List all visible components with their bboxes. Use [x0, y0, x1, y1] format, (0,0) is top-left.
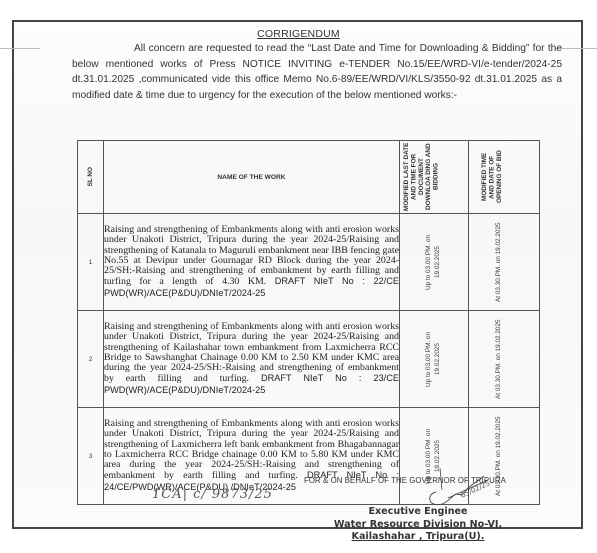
scan-artifact [0, 48, 40, 49]
row-work-name: Raising and strengthening of Embankments… [104, 214, 400, 311]
signature-icon: 05/02/25 [418, 468, 498, 510]
intro-text: All concern are requested to read the “L… [72, 43, 562, 101]
signatory-division: Water Resource Division No-VI, [318, 519, 518, 532]
row-opening-date: At 03.30.PM. on 19.02.2025 [469, 214, 540, 311]
row-last-date: Up to 03.00 PM. on 19.02.2025 [400, 311, 469, 408]
header-name-of-work: NAME OF THE WORK [104, 141, 400, 214]
row-opening-date: At 03.30.PM. on 19.02.2025 [469, 311, 540, 408]
header-last-date: MODIFIED LAST DATE AND TIME FOR DOCUMENT… [400, 141, 469, 214]
document-title: CORRIGENDUM [0, 28, 597, 40]
signatory-address: Kailashahar , Tripura(U). [318, 531, 518, 544]
signatory-designation: Executive Enginee [318, 506, 518, 519]
table-row: 2 Raising and strengthening of Embankmen… [78, 311, 540, 408]
table-header-row: SL NO NAME OF THE WORK MODIFIED LAST DAT… [78, 141, 540, 214]
signatory-block: Executive Enginee Water Resource Divisio… [318, 506, 518, 544]
handwritten-reference: 1CA| c/ 9873/25 [152, 487, 273, 502]
header-opening: MODIFIED TIME AND DATE OF OPENING OF BID [469, 141, 540, 214]
row-last-date: Up to 03.00 PM. on 19.02.2025 [400, 214, 469, 311]
works-table: SL NO NAME OF THE WORK MODIFIED LAST DAT… [77, 140, 540, 505]
row-sl-no: 3 [78, 408, 104, 505]
row-work-name: Raising and strengthening of Embankments… [104, 311, 400, 408]
table-row: 1 Raising and strengthening of Embankmen… [78, 214, 540, 311]
intro-paragraph: All concern are requested to read the “L… [72, 41, 562, 103]
header-sl-no: SL NO [78, 141, 104, 214]
row-sl-no: 2 [78, 311, 104, 408]
row-sl-no: 1 [78, 214, 104, 311]
